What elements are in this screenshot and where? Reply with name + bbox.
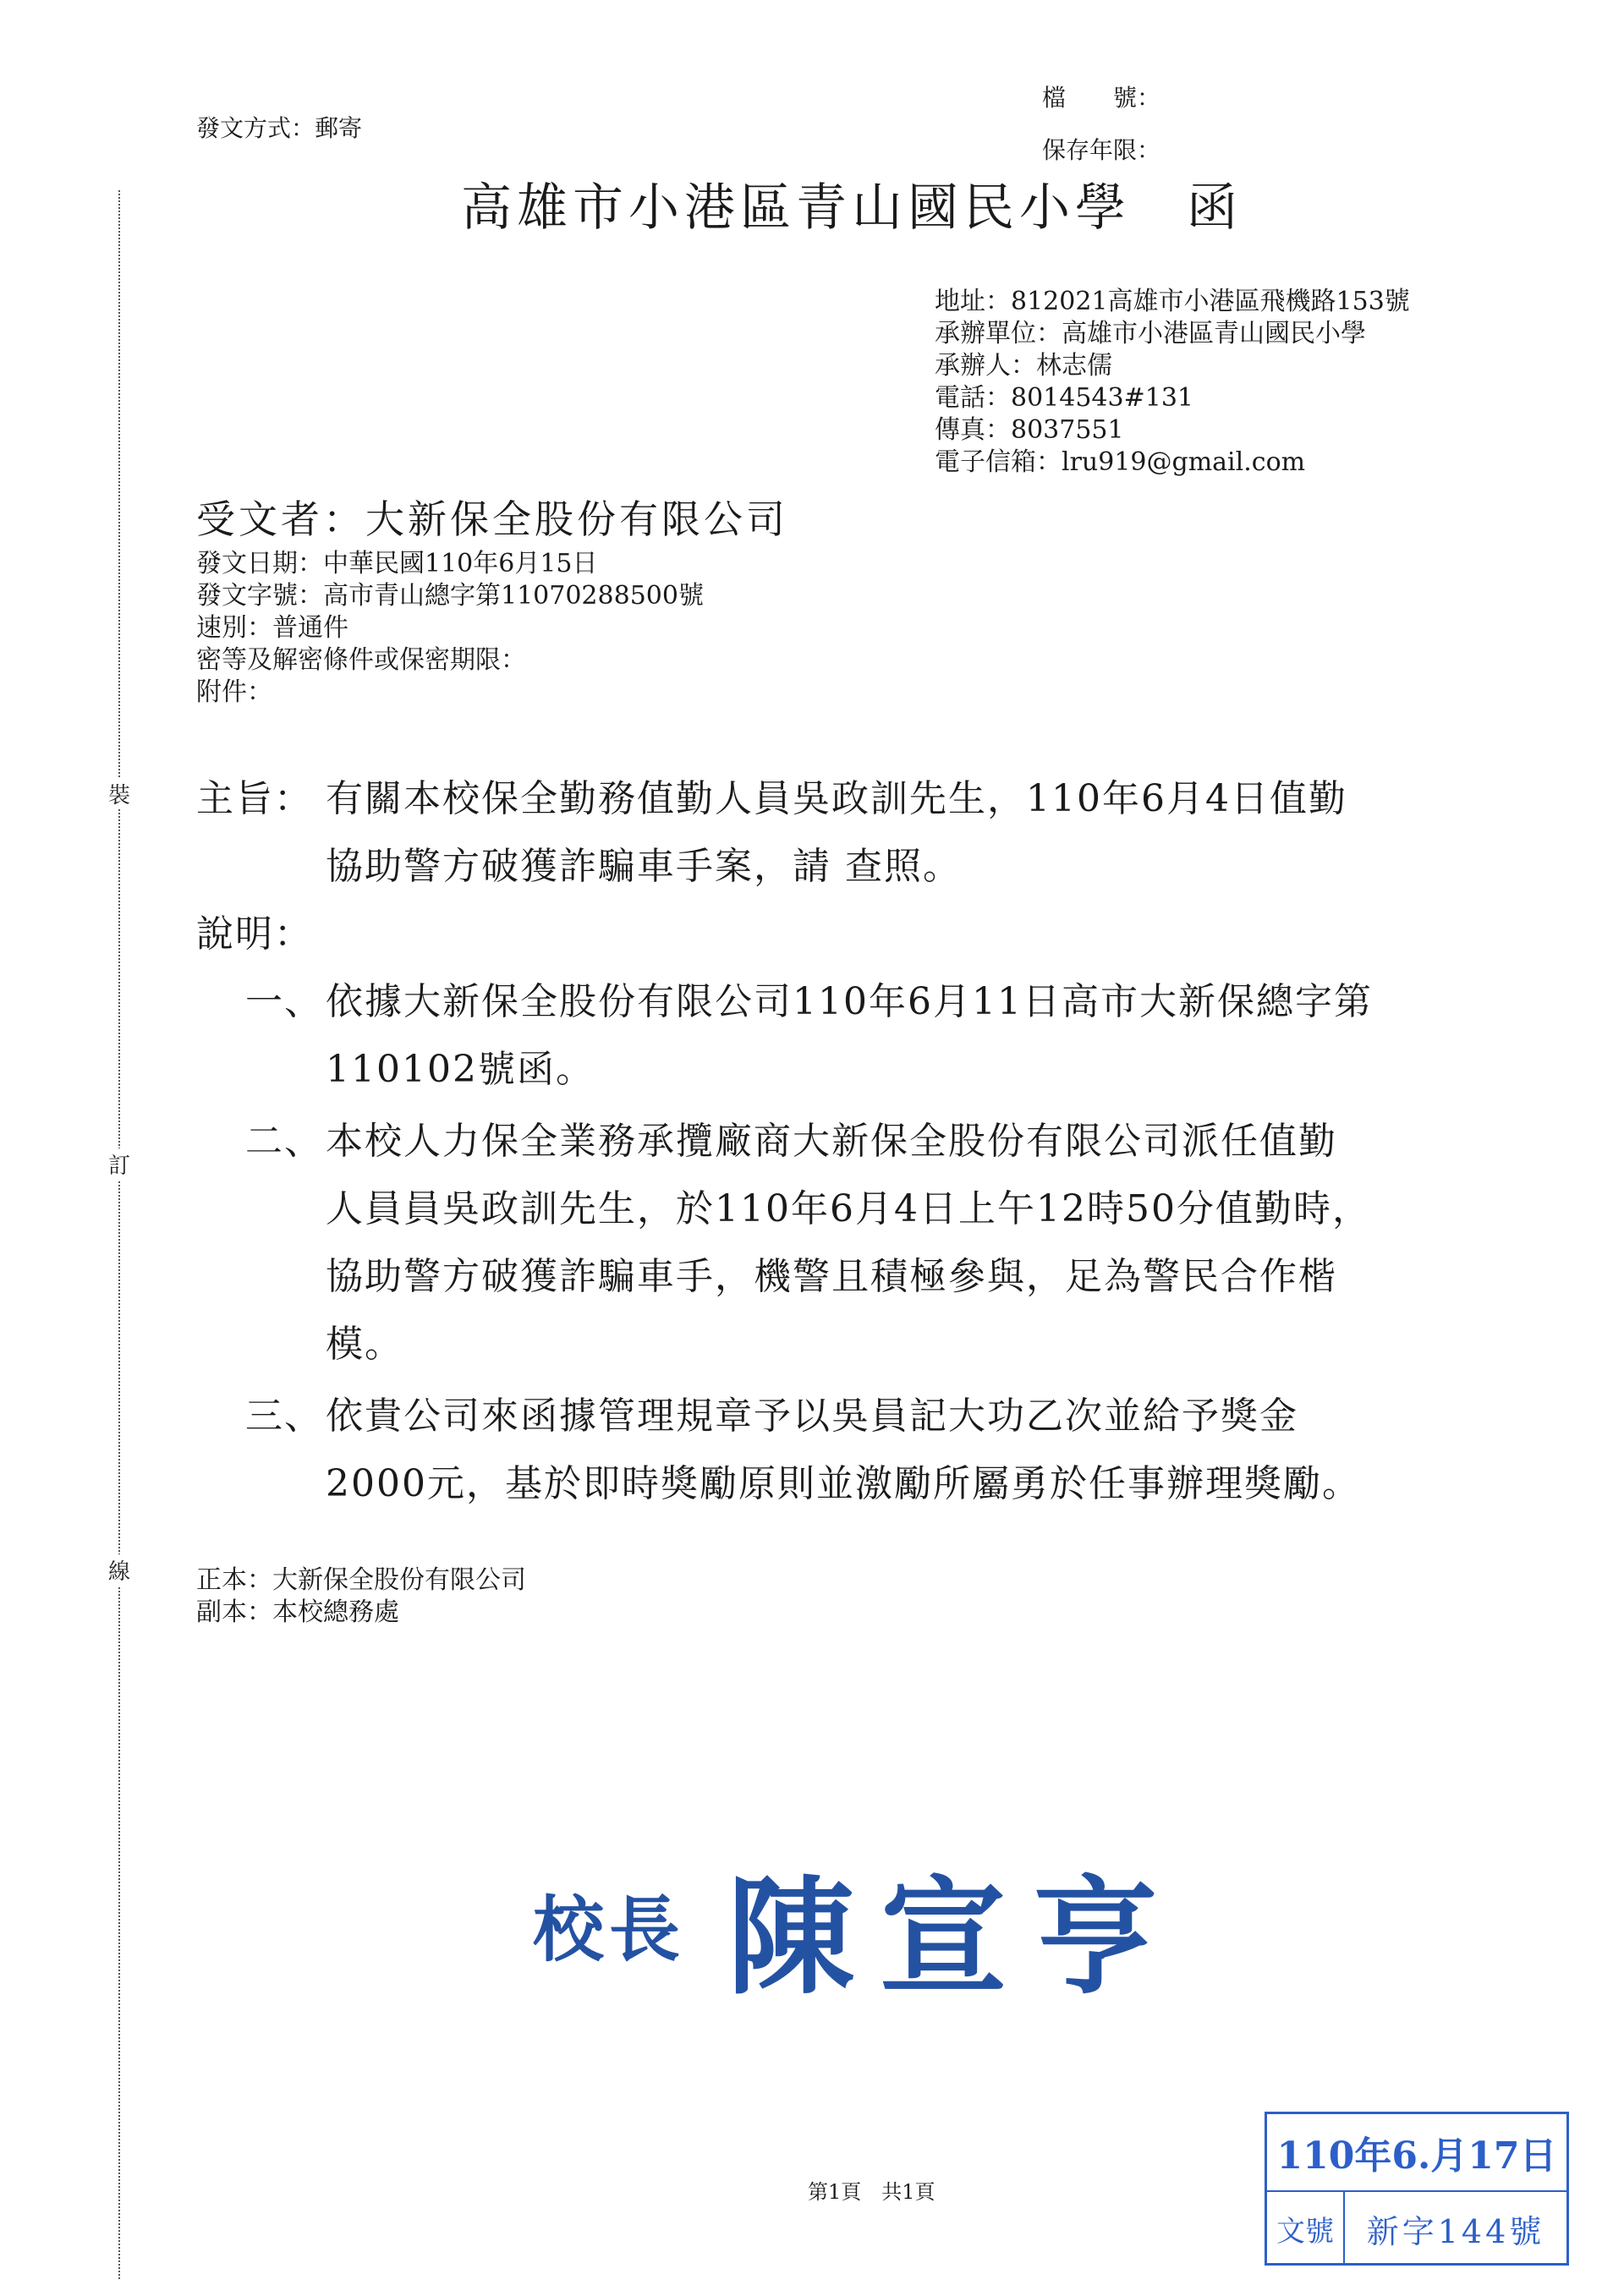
copy-recipient: 副本：本校總務處: [196, 1597, 526, 1629]
secrecy-level: 密等及解密條件或保密期限：: [196, 644, 704, 677]
item-2-line-4: 模。: [326, 1311, 403, 1378]
item-2-number: 二、: [245, 1108, 323, 1175]
margin-char-xian: 線: [108, 1554, 130, 1586]
signature-name: 陳宣亨: [727, 1835, 1184, 2018]
issue-date: 發文日期：中華民國110年6月15日: [196, 548, 704, 580]
binding-dashed-line: [118, 190, 120, 2279]
subject-label: 主旨：: [196, 765, 313, 833]
send-method: 發文方式：郵寄: [196, 115, 362, 142]
item-3-line-1: 依貴公司來函據管理規章予以吳員記大功乙次並給予獎金: [326, 1383, 1298, 1450]
explanation-label: 說明：: [196, 901, 313, 968]
page-number: 第1頁 共1頁: [808, 2175, 935, 2205]
contact-phone: 電話：8014543#131: [935, 382, 1410, 414]
document-number: 發文字號：高市青山總字第11070288500號: [196, 580, 704, 612]
stamp-date: 110年6.月17日: [1267, 2114, 1566, 2192]
recipient: 受文者：大新保全股份有限公司: [196, 489, 788, 545]
speed-category: 速別：普通件: [196, 612, 704, 644]
signature-title: 校長: [533, 1873, 685, 1975]
item-2-line-1: 本校人力保全業務承攬廠商大新保全股份有限公司派任值勤: [326, 1108, 1337, 1175]
contact-email: 電子信箱：lru919@gmail.com: [935, 447, 1410, 479]
item-1-number: 一、: [245, 968, 323, 1036]
contact-block: 地址：812021高雄市小港區飛機路153號 承辦單位：高雄市小港區青山國民小學…: [935, 286, 1410, 479]
contact-unit: 承辦單位：高雄市小港區青山國民小學: [935, 318, 1410, 350]
attachment: 附件：: [196, 677, 704, 709]
subject-line-2: 協助警方破獲詐騙車手案，請 查照。: [326, 833, 962, 901]
item-3-number: 三、: [245, 1383, 323, 1450]
subject-line-1: 有關本校保全勤務值勤人員吳政訓先生，110年6月4日值勤: [326, 765, 1347, 833]
distribution: 正本：大新保全股份有限公司 副本：本校總務處: [196, 1564, 526, 1629]
stamp-label: 文號: [1267, 2192, 1345, 2265]
item-2-line-2: 人員員吳政訓先生，於110年6月4日上午12時50分值勤時，: [326, 1175, 1371, 1243]
document-title: 高雄市小港區青山國民小學 函: [461, 167, 1243, 240]
contact-address: 地址：812021高雄市小港區飛機路153號: [935, 286, 1410, 318]
send-method-label: 發文方式：: [196, 114, 315, 142]
contact-fax: 傳真：8037551: [935, 414, 1410, 447]
retention-period-label: 保存年限：: [1042, 137, 1160, 164]
margin-char-ding: 訂: [108, 1148, 130, 1180]
file-number-label: 檔 號：: [1042, 85, 1160, 112]
stamp-doc-number: 新字144號: [1345, 2192, 1566, 2265]
contact-handler: 承辦人：林志儒: [935, 350, 1410, 382]
margin-char-zhuang: 裝: [108, 778, 130, 809]
item-2-line-3: 協助警方破獲詐騙車手，機警且積極參與，足為警民合作楷: [326, 1243, 1337, 1311]
document-meta: 發文日期：中華民國110年6月15日 發文字號：高市青山總字第110702885…: [196, 548, 704, 709]
send-method-value: 郵寄: [315, 114, 362, 142]
original-recipient: 正本：大新保全股份有限公司: [196, 1564, 526, 1597]
received-stamp: 110年6.月17日 文號 新字144號: [1265, 2112, 1569, 2266]
item-1-line-1: 依據大新保全股份有限公司110年6月11日高市大新保總字第: [326, 968, 1373, 1036]
item-3-line-2: 2000元，基於即時獎勵原則並激勵所屬勇於任事辦理獎勵。: [326, 1450, 1361, 1518]
item-1-line-2: 110102號函。: [326, 1036, 595, 1104]
